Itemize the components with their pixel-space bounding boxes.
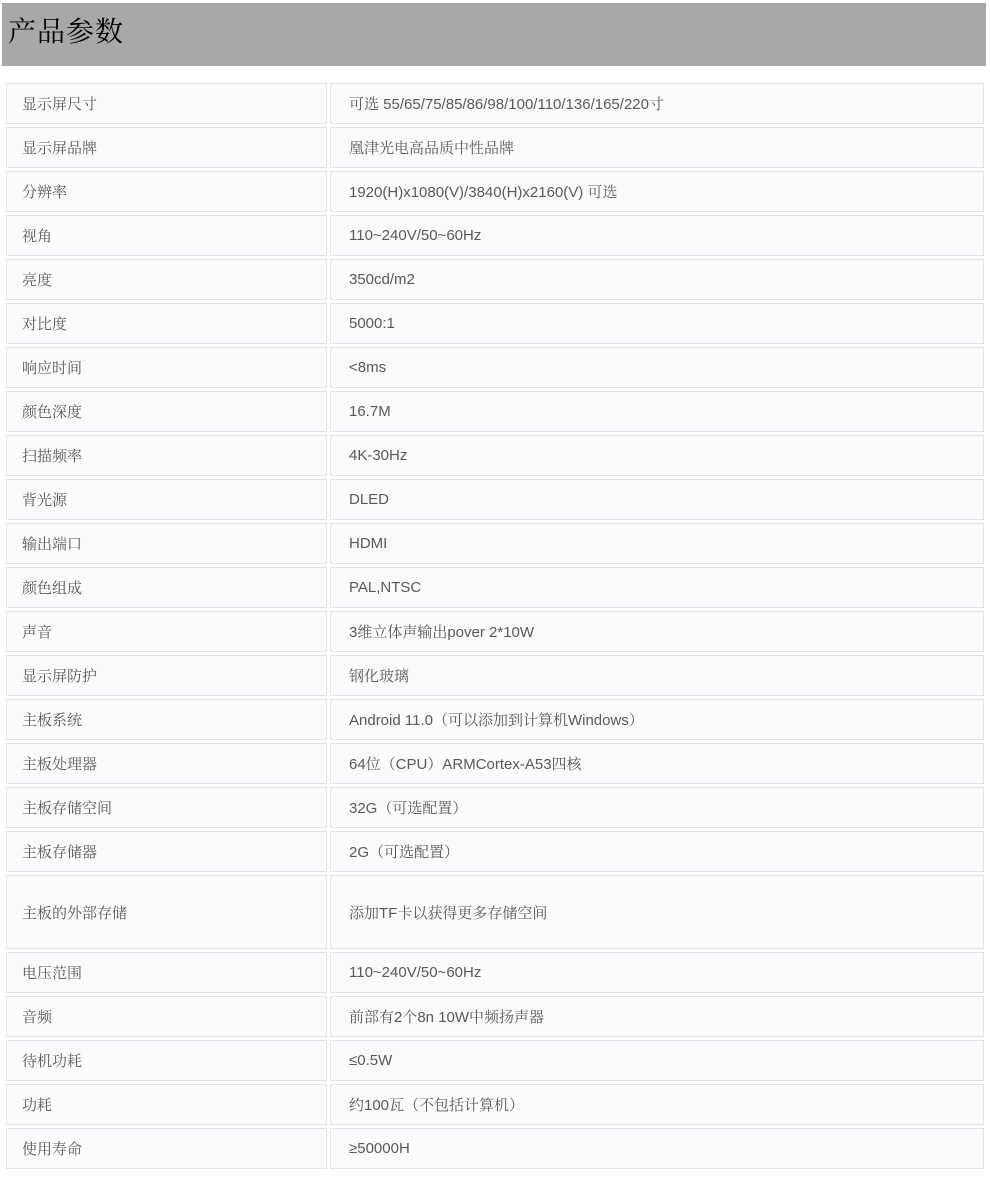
product-params-title-bar: 产品参数: [2, 3, 986, 66]
spec-value: ≤0.5W: [330, 1040, 984, 1081]
table-row: 主板存储空间32G（可选配置）: [6, 787, 984, 828]
table-row: 主板处理器64位（CPU）ARMCortex-A53四核: [6, 743, 984, 784]
spec-label: 主板存储器: [6, 831, 327, 872]
spec-label: 待机功耗: [6, 1040, 327, 1081]
table-row: 主板存储器2G（可选配置）: [6, 831, 984, 872]
spec-label: 背光源: [6, 479, 327, 520]
spec-value: 3维立体声输出pover 2*10W: [330, 611, 984, 652]
spec-value: 添加TF卡以获得更多存储空间: [330, 875, 984, 949]
table-row: 显示屏防护钢化玻璃: [6, 655, 984, 696]
spec-value: HDMI: [330, 523, 984, 564]
table-row: 声音3维立体声输出pover 2*10W: [6, 611, 984, 652]
table-row: 亮度350cd/m2: [6, 259, 984, 300]
table-row: 响应时间<8ms: [6, 347, 984, 388]
table-row: 功耗约100瓦（不包括计算机）: [6, 1084, 984, 1125]
spec-value: 1920(H)x1080(V)/3840(H)x2160(V) 可选: [330, 171, 984, 212]
spec-value: 4K-30Hz: [330, 435, 984, 476]
spec-value: 前部有2个8n 10W中频扬声器: [330, 996, 984, 1037]
spec-label: 主板存储空间: [6, 787, 327, 828]
spec-label: 音频: [6, 996, 327, 1037]
table-row: 待机功耗≤0.5W: [6, 1040, 984, 1081]
table-row: 显示屏品牌凰津光电高品质中性品牌: [6, 127, 984, 168]
spec-label: 显示屏尺寸: [6, 83, 327, 124]
spec-label: 分辨率: [6, 171, 327, 212]
spec-value: 32G（可选配置）: [330, 787, 984, 828]
spec-label: 颜色深度: [6, 391, 327, 432]
spec-value: <8ms: [330, 347, 984, 388]
table-row: 电压范围110~240V/50~60Hz: [6, 952, 984, 993]
spec-value: PAL,NTSC: [330, 567, 984, 608]
table-row: 背光源DLED: [6, 479, 984, 520]
page-title: 产品参数: [8, 18, 124, 52]
table-row: 颜色组成PAL,NTSC: [6, 567, 984, 608]
spec-value: 2G（可选配置）: [330, 831, 984, 872]
table-row: 输出端口HDMI: [6, 523, 984, 564]
spec-label: 颜色组成: [6, 567, 327, 608]
table-row: 扫描频率4K-30Hz: [6, 435, 984, 476]
spec-value: ≥50000H: [330, 1128, 984, 1169]
spec-value: 110~240V/50~60Hz: [330, 215, 984, 256]
table-row: 颜色深度16.7M: [6, 391, 984, 432]
table-row: 对比度5000:1: [6, 303, 984, 344]
spec-label: 电压范围: [6, 952, 327, 993]
spec-value: 钢化玻璃: [330, 655, 984, 696]
spec-label: 使用寿命: [6, 1128, 327, 1169]
spec-value: 350cd/m2: [330, 259, 984, 300]
spec-label: 视角: [6, 215, 327, 256]
table-row: 音频前部有2个8n 10W中频扬声器: [6, 996, 984, 1037]
table-row: 主板系统Android 11.0（可以添加到计算机Windows）: [6, 699, 984, 740]
spec-value: 约100瓦（不包括计算机）: [330, 1084, 984, 1125]
spec-value: 16.7M: [330, 391, 984, 432]
spec-label: 响应时间: [6, 347, 327, 388]
spec-label: 扫描频率: [6, 435, 327, 476]
spec-value: DLED: [330, 479, 984, 520]
spec-label: 功耗: [6, 1084, 327, 1125]
spec-label: 主板处理器: [6, 743, 327, 784]
table-row: 使用寿命≥50000H: [6, 1128, 984, 1169]
spec-label: 显示屏防护: [6, 655, 327, 696]
spec-label: 显示屏品牌: [6, 127, 327, 168]
spec-value: Android 11.0（可以添加到计算机Windows）: [330, 699, 984, 740]
table-row: 显示屏尺寸可选 55/65/75/85/86/98/100/110/136/16…: [6, 83, 984, 124]
spec-label: 对比度: [6, 303, 327, 344]
spec-value: 110~240V/50~60Hz: [330, 952, 984, 993]
table-row: 视角110~240V/50~60Hz: [6, 215, 984, 256]
spec-label: 亮度: [6, 259, 327, 300]
spec-value: 5000:1: [330, 303, 984, 344]
spec-value: 64位（CPU）ARMCortex-A53四核: [330, 743, 984, 784]
spec-label: 声音: [6, 611, 327, 652]
spec-label: 输出端口: [6, 523, 327, 564]
spec-label: 主板系统: [6, 699, 327, 740]
table-row: 主板的外部存储添加TF卡以获得更多存储空间: [6, 875, 984, 949]
spec-value: 可选 55/65/75/85/86/98/100/110/136/165/220…: [330, 83, 984, 124]
spec-value: 凰津光电高品质中性品牌: [330, 127, 984, 168]
table-row: 分辨率1920(H)x1080(V)/3840(H)x2160(V) 可选: [6, 171, 984, 212]
product-spec-table: 显示屏尺寸可选 55/65/75/85/86/98/100/110/136/16…: [3, 80, 987, 1172]
spec-label: 主板的外部存储: [6, 875, 327, 949]
